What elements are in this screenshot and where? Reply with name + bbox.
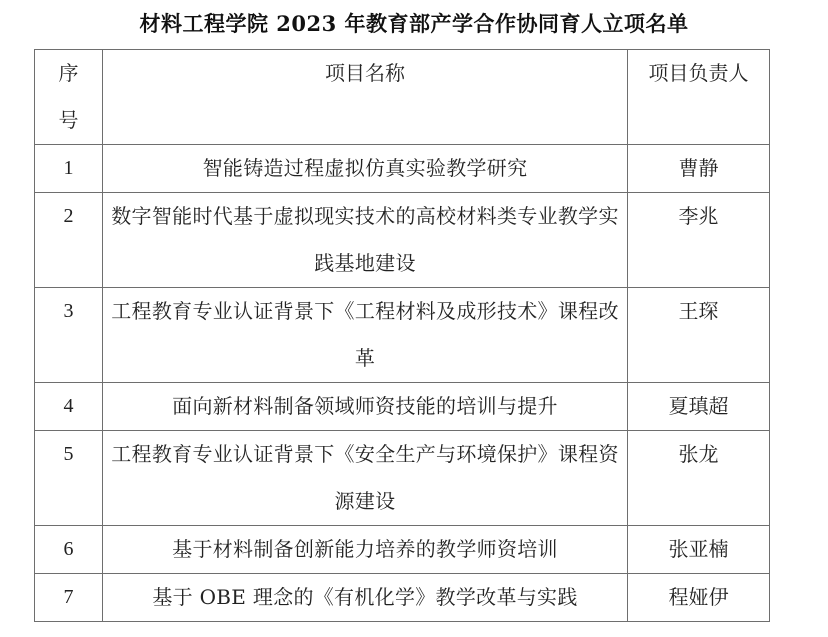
- row-project-name: 工程教育专业认证背景下《安全生产与环境保护》课程资源建设: [103, 431, 628, 526]
- table-row: 5 工程教育专业认证背景下《安全生产与环境保护》课程资源建设 张龙: [35, 431, 770, 526]
- table-row: 4 面向新材料制备领域师资技能的培训与提升 夏瑱超: [35, 383, 770, 431]
- row-project-name: 面向新材料制备领域师资技能的培训与提升: [103, 383, 628, 431]
- table-row: 1 智能铸造过程虚拟仿真实验教学研究 曹静: [35, 145, 770, 193]
- row-project-name: 工程教育专业认证背景下《工程材料及成形技术》课程改革: [103, 288, 628, 383]
- row-project-lead: 夏瑱超: [628, 383, 770, 431]
- row-index: 6: [35, 526, 103, 574]
- row-project-lead: 张龙: [628, 431, 770, 526]
- table-row: 7 基于 OBE 理念的《有机化学》教学改革与实践 程娅伊: [35, 574, 770, 622]
- row-index: 2: [35, 193, 103, 288]
- header-project-lead: 项目负责人: [628, 50, 770, 145]
- table-row: 3 工程教育专业认证背景下《工程材料及成形技术》课程改革 王琛: [35, 288, 770, 383]
- project-list-table: 序号 项目名称 项目负责人 1 智能铸造过程虚拟仿真实验教学研究 曹静 2 数字…: [34, 49, 770, 622]
- header-index-line2: 号: [59, 108, 79, 132]
- row-project-name: 基于 OBE 理念的《有机化学》教学改革与实践: [103, 574, 628, 622]
- row-project-name: 数字智能时代基于虚拟现实技术的高校材料类专业教学实践基地建设: [103, 193, 628, 288]
- header-index: 序号: [35, 50, 103, 145]
- header-project-name: 项目名称: [103, 50, 628, 145]
- table-row: 2 数字智能时代基于虚拟现实技术的高校材料类专业教学实践基地建设 李兆: [35, 193, 770, 288]
- table-row: 6 基于材料制备创新能力培养的教学师资培训 张亚楠: [35, 526, 770, 574]
- row-project-lead: 李兆: [628, 193, 770, 288]
- table-header-row: 序号 项目名称 项目负责人: [35, 50, 770, 145]
- row-index: 4: [35, 383, 103, 431]
- header-index-line1: 序: [59, 61, 79, 85]
- row-project-lead: 张亚楠: [628, 526, 770, 574]
- row-index: 5: [35, 431, 103, 526]
- row-project-lead: 王琛: [628, 288, 770, 383]
- row-index: 3: [35, 288, 103, 383]
- row-project-name: 基于材料制备创新能力培养的教学师资培训: [103, 526, 628, 574]
- row-index: 7: [35, 574, 103, 622]
- document-title: 材料工程学院 2023 年教育部产学合作协同育人立项名单: [0, 8, 828, 40]
- row-index: 1: [35, 145, 103, 193]
- row-project-name: 智能铸造过程虚拟仿真实验教学研究: [103, 145, 628, 193]
- row-project-lead: 程娅伊: [628, 574, 770, 622]
- row-project-lead: 曹静: [628, 145, 770, 193]
